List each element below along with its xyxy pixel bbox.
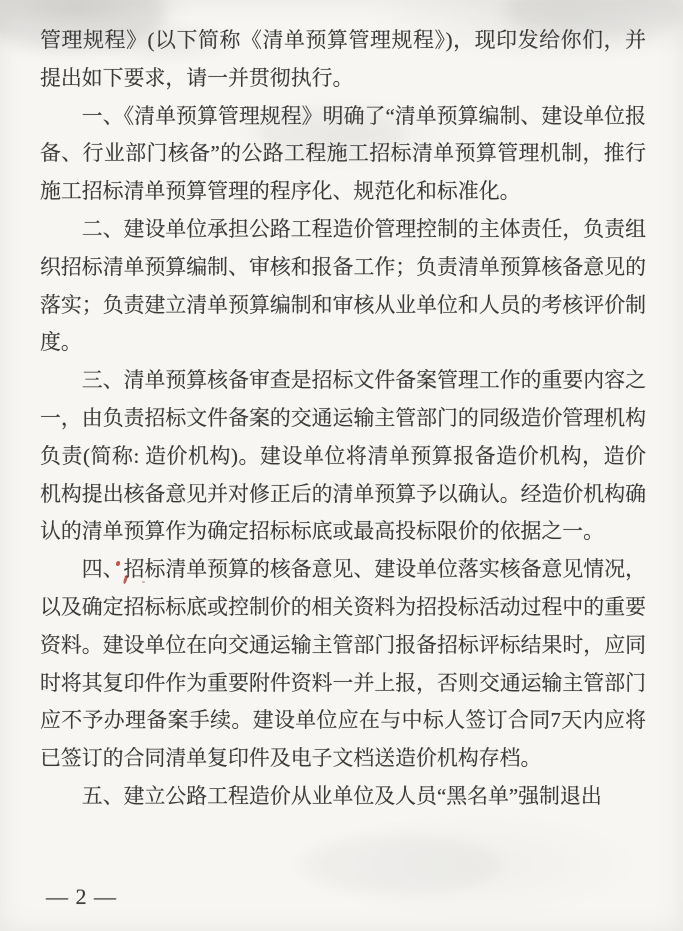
paragraph-item-2: 二、建设单位承担公路工程造价管理控制的主体责任，负责组织招标清单预算编制、审核和… — [40, 211, 646, 362]
document-body: 管理规程》(以下简称《清单预算管理规程》)，现印发给你们，并提出如下要求，请一并… — [40, 22, 646, 816]
document-page: 管理规程》(以下简称《清单预算管理规程》)，现印发给你们，并提出如下要求，请一并… — [0, 0, 683, 931]
paragraph-item-3: 三、清单预算核备审查是招标文件备案管理工作的重要内容之一，由负责招标文件备案的交… — [40, 362, 646, 551]
scan-smudge — [300, 835, 500, 895]
paragraph-item-1: 一、《清单预算管理规程》明确了“清单预算编制、建设单位报备、行业部门核备”的公路… — [40, 98, 646, 211]
paragraph-item-5: 五、建立公路工程造价从业单位及人员“黑名单”强制退出 — [40, 778, 646, 816]
paragraph-item-4: 四、招标清单预算的核备意见、建设单位落实核备意见情况，以及确定招标标底或控制价的… — [40, 551, 646, 778]
paragraph-continuation: 管理规程》(以下简称《清单预算管理规程》)，现印发给你们，并提出如下要求，请一并… — [40, 22, 646, 98]
page-number: — 2 — — [46, 884, 117, 910]
